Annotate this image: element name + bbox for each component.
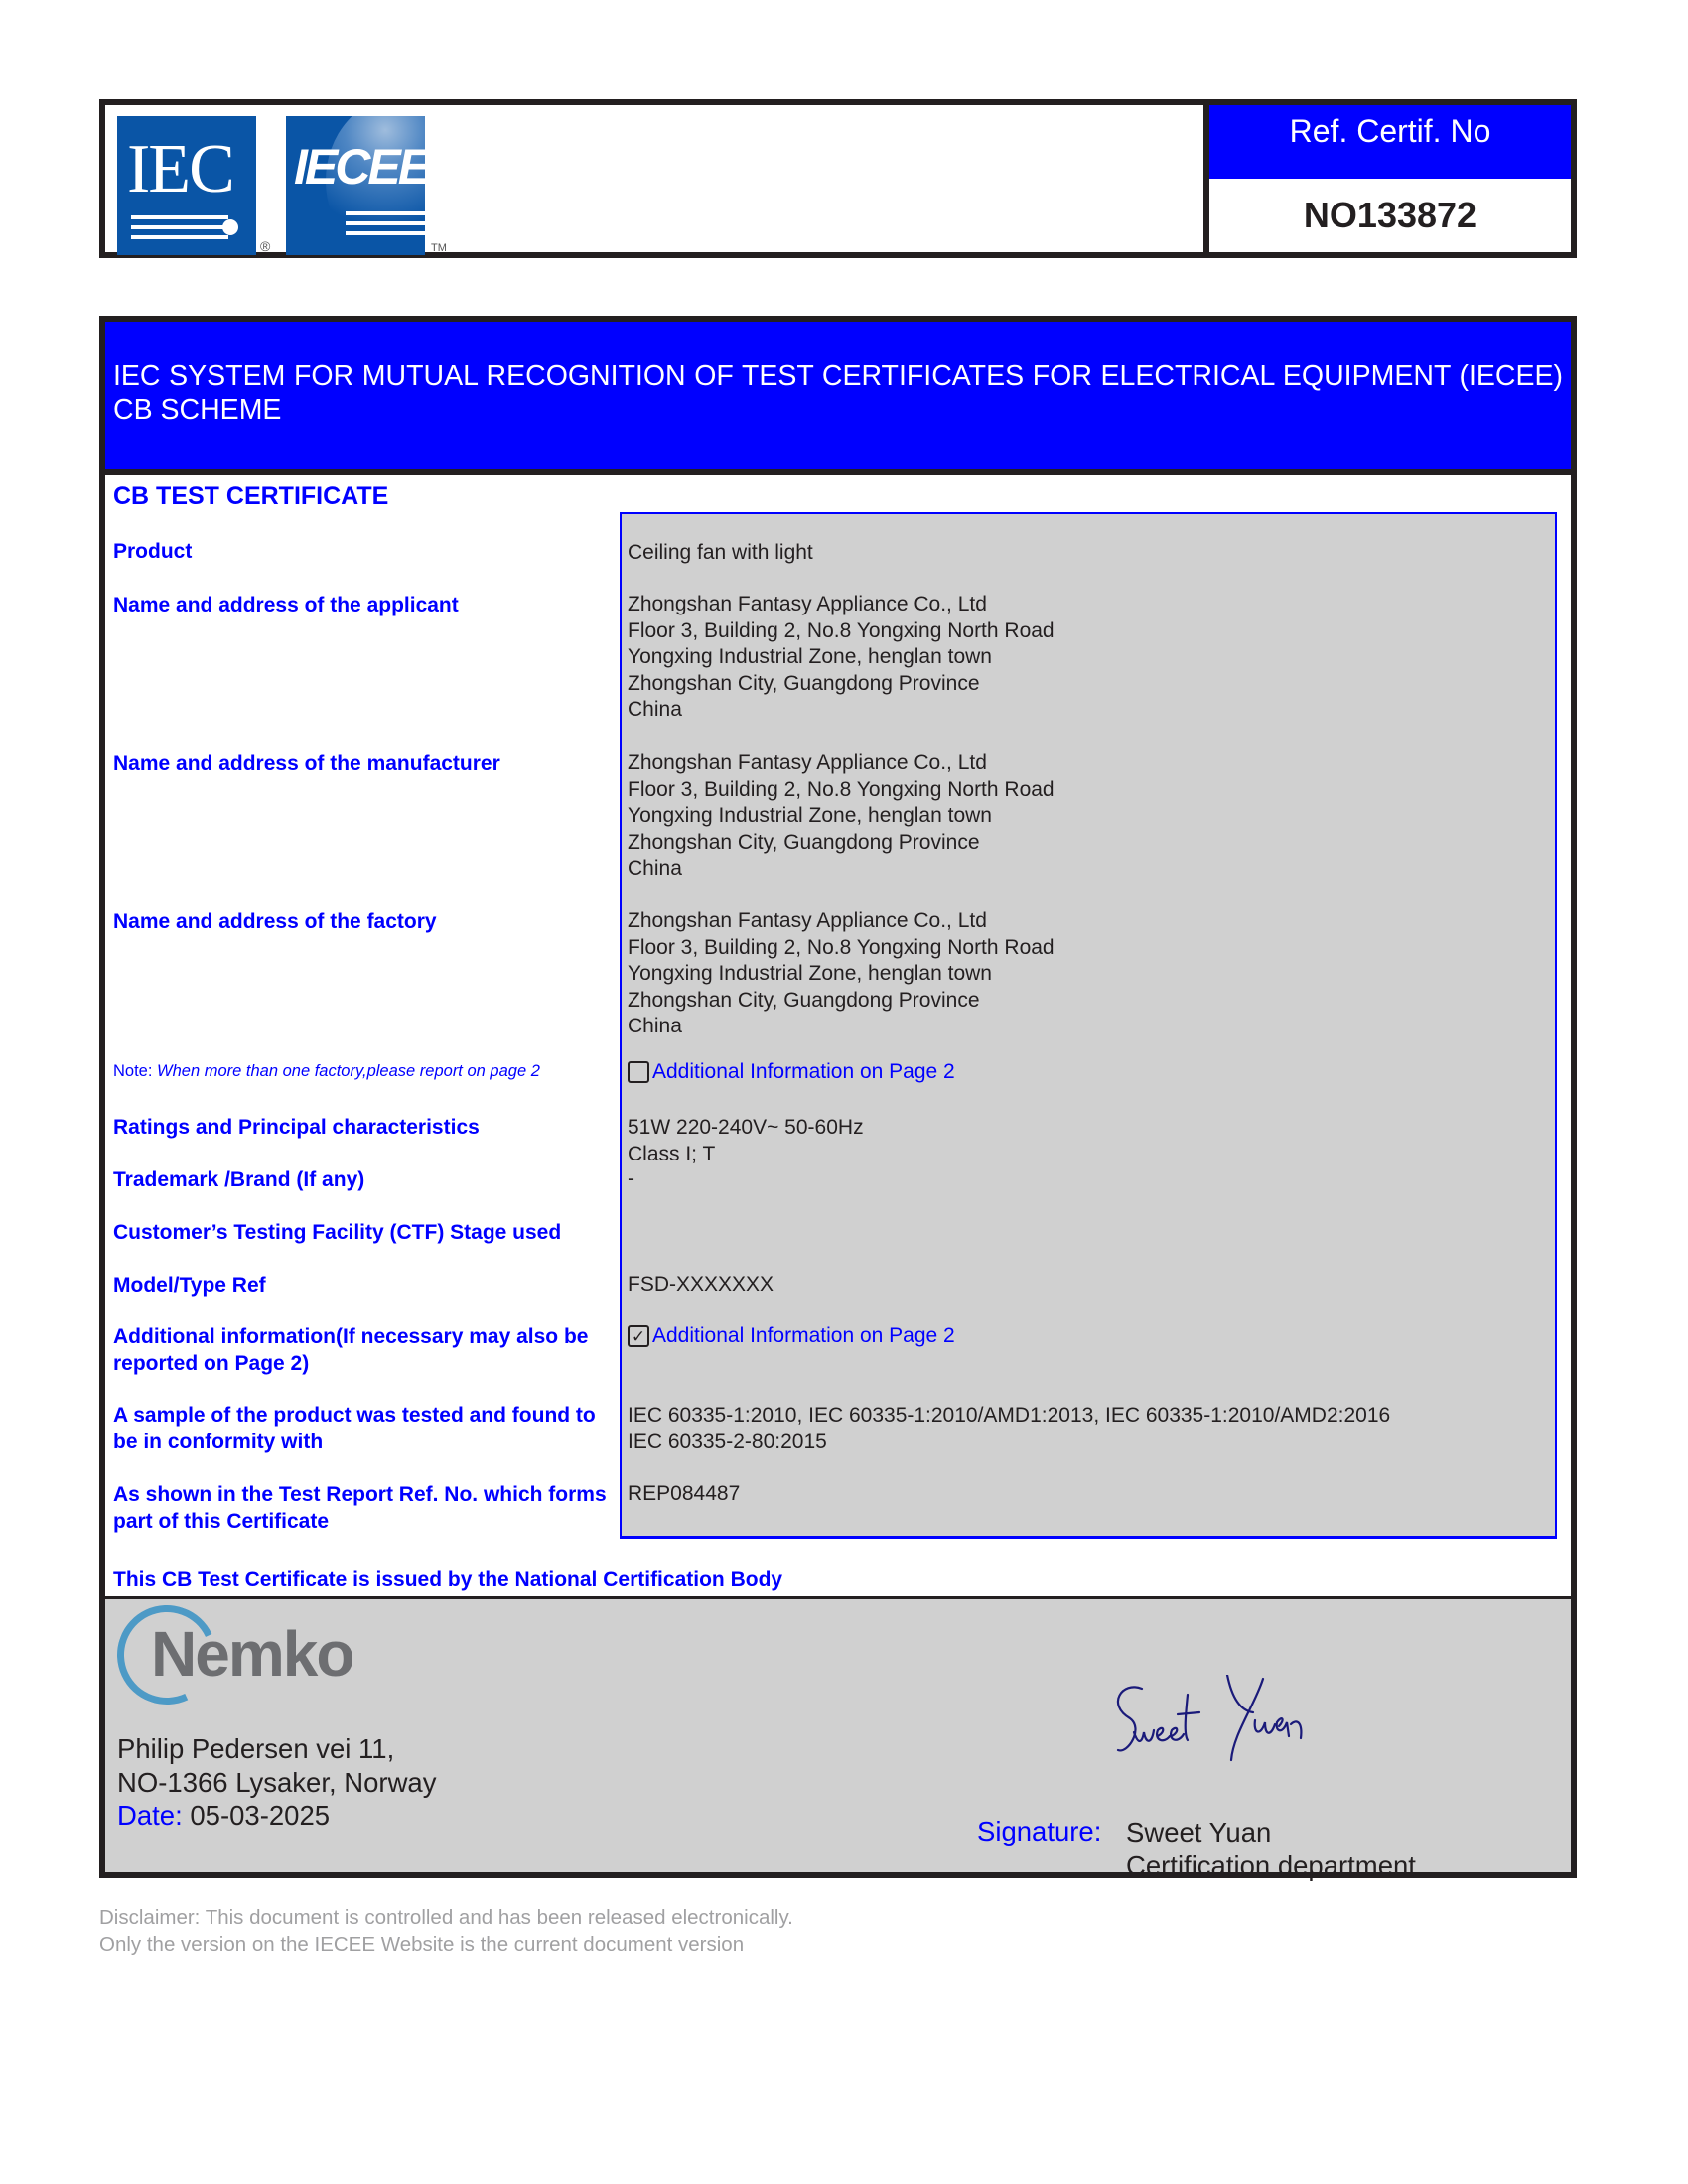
address-line-1: Philip Pedersen vei 11, (117, 1732, 436, 1766)
signatory-department: Certification department (1126, 1849, 1416, 1883)
note-text: When more than one factory,please report… (157, 1062, 540, 1080)
value-applicant: Zhongshan Fantasy Appliance Co., Ltd Flo… (628, 592, 1055, 724)
issued-by-statement: This CB Test Certificate is issued by th… (113, 1569, 782, 1592)
handwritten-signature-icon (1108, 1675, 1327, 1784)
logo-area: IEC ® IECEE TM (111, 111, 1203, 252)
ref-label: Ref. Certif. No (1209, 105, 1571, 179)
logo-line (346, 231, 425, 235)
factory-note: Note: When more than one factory,please … (113, 1062, 540, 1081)
value-product: Ceiling fan with light (628, 540, 813, 567)
label-conformity: A sample of the product was tested and f… (113, 1402, 620, 1455)
nemko-wordmark: Nemko (151, 1617, 352, 1691)
issue-date: Date: 05-03-2025 (117, 1800, 330, 1832)
label-factory: Name and address of the factory (113, 908, 620, 935)
issuer-address: Philip Pedersen vei 11, NO-1366 Lysaker,… (117, 1732, 436, 1800)
nemko-logo: Nemko (117, 1605, 355, 1714)
iecee-logo: IECEE (286, 116, 425, 255)
disclaimer-line-2: Only the version on the IECEE Website is… (99, 1931, 793, 1958)
label-ctf-stage: Customer’s Testing Facility (CTF) Stage … (113, 1219, 620, 1246)
note-prefix: Note: (113, 1062, 157, 1080)
label-trademark: Trademark /Brand (If any) (113, 1166, 620, 1193)
disclaimer-line-1: Disclaimer: This document is controlled … (99, 1904, 793, 1931)
value-manufacturer: Zhongshan Fantasy Appliance Co., Ltd Flo… (628, 751, 1055, 883)
trademark-mark: TM (431, 242, 447, 254)
label-additional-info: Additional information(If necessary may … (113, 1323, 620, 1377)
factory-additional-info-label: Additional Information on Page 2 (652, 1060, 955, 1084)
certificate-title: CB TEST CERTIFICATE (113, 482, 388, 511)
label-ratings: Ratings and Principal characteristics (113, 1114, 620, 1141)
scheme-banner: IEC SYSTEM FOR MUTUAL RECOGNITION OF TES… (105, 322, 1571, 475)
date-label: Date: (117, 1800, 183, 1831)
label-manufacturer: Name and address of the manufacturer (113, 751, 620, 777)
iecee-logo-text: IECEE (294, 138, 425, 196)
unchecked-checkbox-icon[interactable] (628, 1061, 649, 1083)
label-test-report: As shown in the Test Report Ref. No. whi… (113, 1481, 620, 1535)
signatory-name: Sweet Yuan (1126, 1816, 1416, 1849)
label-applicant: Name and address of the applicant (113, 592, 620, 618)
factory-additional-info[interactable]: Additional Information on Page 2 (628, 1060, 955, 1084)
signatory: Sweet Yuan Certification department (1126, 1816, 1416, 1883)
certificate-header: IEC ® IECEE TM Ref. Certif. No NO133872 (99, 99, 1577, 258)
checked-checkbox-icon[interactable]: ✓ (628, 1325, 649, 1347)
iec-logo: IEC (117, 116, 256, 255)
disclaimer: Disclaimer: This document is controlled … (99, 1904, 793, 1958)
logo-line (346, 211, 425, 215)
issuer-panel: Nemko Philip Pedersen vei 11, NO-1366 Ly… (105, 1596, 1571, 1872)
value-factory: Zhongshan Fantasy Appliance Co., Ltd Flo… (628, 908, 1055, 1040)
value-ratings: 51W 220-240V~ 50-60Hz Class I; T (628, 1115, 864, 1167)
signature-label: Signature: (977, 1816, 1101, 1847)
additional-info-label: Additional Information on Page 2 (652, 1324, 955, 1348)
ref-certificate-box: Ref. Certif. No NO133872 (1203, 105, 1571, 252)
iec-logo-text: IEC (127, 130, 233, 209)
logo-dot (222, 219, 238, 235)
value-model: FSD-XXXXXXX (628, 1272, 774, 1298)
value-test-report: REP084487 (628, 1481, 740, 1508)
logo-line (131, 225, 228, 229)
logo-line (131, 235, 228, 239)
address-line-2: NO-1366 Lysaker, Norway (117, 1766, 436, 1800)
label-product: Product (113, 538, 620, 565)
logo-line (131, 215, 228, 219)
logo-line (346, 221, 425, 225)
registered-mark: ® (260, 238, 270, 254)
ref-number: NO133872 (1209, 179, 1571, 252)
value-conformity: IEC 60335-1:2010, IEC 60335-1:2010/AMD1:… (628, 1403, 1390, 1455)
certificate-body: IEC SYSTEM FOR MUTUAL RECOGNITION OF TES… (99, 316, 1577, 1878)
additional-info[interactable]: ✓ Additional Information on Page 2 (628, 1324, 955, 1348)
value-trademark: - (628, 1166, 634, 1193)
label-model: Model/Type Ref (113, 1272, 620, 1298)
date-value: 05-03-2025 (190, 1800, 330, 1831)
